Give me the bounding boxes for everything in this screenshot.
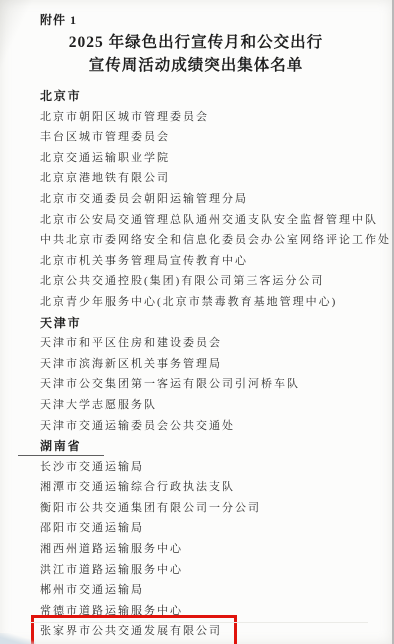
- item-text: 衡阳市公共交通集团有限公司一分公司: [40, 498, 261, 519]
- title-line-2: 宣传周活动成绩突出集体名单: [0, 54, 392, 77]
- section-items: 北京市朝阳区城市管理委员会丰台区城市管理委员会北京交通运输职业学院北京京港地铁有…: [40, 107, 384, 313]
- item-text: 北京市朝阳区城市管理委员会: [40, 107, 209, 128]
- list-item: 北京交通运输职业学院: [40, 148, 384, 169]
- section-header: 湖南省: [40, 436, 384, 457]
- list-item: 天津市公交集团第一客运有限公司引河桥车队: [40, 374, 384, 395]
- item-text: 天津市公交集团第一客运有限公司引河桥车队: [40, 374, 300, 395]
- scan-corner-artifact: [0, 633, 36, 644]
- item-text: 天津市和平区住房和建设委员会: [40, 333, 222, 354]
- list-item: 湘西州道路运输服务中心: [40, 539, 384, 560]
- list-item: 北京市机关事务管理局宣传教育中心: [40, 251, 384, 272]
- section: 天津市 天津市和平区住房和建设委员会天津市滨海新区机关事务管理局天津市公交集团第…: [40, 313, 384, 437]
- list-item: 天津市滨海新区机关事务管理局: [40, 354, 384, 375]
- item-text: 湘西州道路运输服务中心: [40, 539, 183, 560]
- list-item: 天津市和平区住房和建设委员会: [40, 333, 384, 354]
- list-item: 长沙市交通运输局: [40, 457, 384, 478]
- item-text: 北京市公安局交通管理总队通州交通支队安全监督管理中队: [40, 210, 378, 231]
- item-text: 北京市交通委员会朝阳运输管理分局: [40, 189, 248, 210]
- document-page: 附件 1 2025 年绿色出行宣传月和公交出行 宣传周活动成绩突出集体名单 北京…: [0, 0, 394, 644]
- section-header: 北京市: [40, 86, 384, 107]
- item-text: 中共北京市委网络安全和信息化委员会办公室网络评论工作处: [40, 230, 391, 251]
- list-item: 中共北京市委网络安全和信息化委员会办公室网络评论工作处: [40, 230, 384, 251]
- section: 湖南省 长沙市交通运输局湘潭市交通运输综合行政执法支队衡阳市公共交通集团有限公司…: [40, 436, 384, 642]
- item-text: 天津市滨海新区机关事务管理局: [40, 354, 222, 375]
- list-item: 丰台区城市管理委员会: [40, 127, 384, 148]
- list-item: 洪江市道路运输服务中心: [40, 560, 384, 581]
- list-item: 北京京港地铁有限公司: [40, 168, 384, 189]
- list-item: 邵阳市交通运输局: [40, 518, 384, 539]
- item-text: 北京交通运输职业学院: [40, 148, 170, 169]
- item-text: 天津市交通运输委员会公共交通处: [40, 416, 235, 437]
- list-item: 天津市交通运输委员会公共交通处: [40, 416, 384, 437]
- list-item: 郴州市交通运输局: [40, 580, 384, 601]
- attachment-label: 附件 1: [40, 11, 77, 28]
- sections-container: 北京市 北京市朝阳区城市管理委员会丰台区城市管理委员会北京交通运输职业学院北京京…: [40, 86, 384, 642]
- item-text: 北京青少年服务中心(北京市禁毒教育基地管理中心): [40, 292, 337, 313]
- list-item: 北京市朝阳区城市管理委员会: [40, 107, 384, 128]
- item-text: 郴州市交通运输局: [40, 580, 144, 601]
- list-item: 北京公共交通控股(集团)有限公司第三客运分公司: [40, 271, 384, 292]
- section-header: 天津市: [40, 313, 384, 334]
- highlight-box: 张家界市公共交通发展有限公司: [31, 615, 237, 644]
- section-items: 长沙市交通运输局湘潭市交通运输综合行政执法支队衡阳市公共交通集团有限公司一分公司…: [40, 457, 384, 642]
- section: 北京市 北京市朝阳区城市管理委员会丰台区城市管理委员会北京交通运输职业学院北京京…: [40, 86, 384, 313]
- list-item: 张家界市公共交通发展有限公司: [40, 621, 384, 642]
- scan-artifact-line: [30, 622, 368, 623]
- list-item: 北京市公安局交通管理总队通州交通支队安全监督管理中队: [40, 210, 384, 231]
- item-text: 长沙市交通运输局: [40, 457, 144, 478]
- item-text: 北京京港地铁有限公司: [40, 168, 170, 189]
- item-text: 天津大学志愿服务队: [40, 395, 157, 416]
- item-text: 北京公共交通控股(集团)有限公司第三客运分公司: [40, 271, 324, 292]
- list-item: 北京市交通委员会朝阳运输管理分局: [40, 189, 384, 210]
- section-items: 天津市和平区住房和建设委员会天津市滨海新区机关事务管理局天津市公交集团第一客运有…: [40, 333, 384, 436]
- item-text: 邵阳市交通运输局: [40, 518, 144, 539]
- title-line-1: 2025 年绿色出行宣传月和公交出行: [0, 31, 392, 54]
- item-text: 洪江市道路运输服务中心: [40, 560, 183, 581]
- item-text: 丰台区城市管理委员会: [40, 127, 170, 148]
- list-item: 天津大学志愿服务队: [40, 395, 384, 416]
- item-text: 北京市机关事务管理局宣传教育中心: [40, 251, 248, 272]
- item-text: 湘潭市交通运输综合行政执法支队: [40, 477, 235, 498]
- list-item: 衡阳市公共交通集团有限公司一分公司: [40, 498, 384, 519]
- page-title: 2025 年绿色出行宣传月和公交出行 宣传周活动成绩突出集体名单: [0, 31, 392, 77]
- list-item: 北京青少年服务中心(北京市禁毒教育基地管理中心): [40, 292, 384, 313]
- list-item: 湘潭市交通运输综合行政执法支队: [40, 477, 384, 498]
